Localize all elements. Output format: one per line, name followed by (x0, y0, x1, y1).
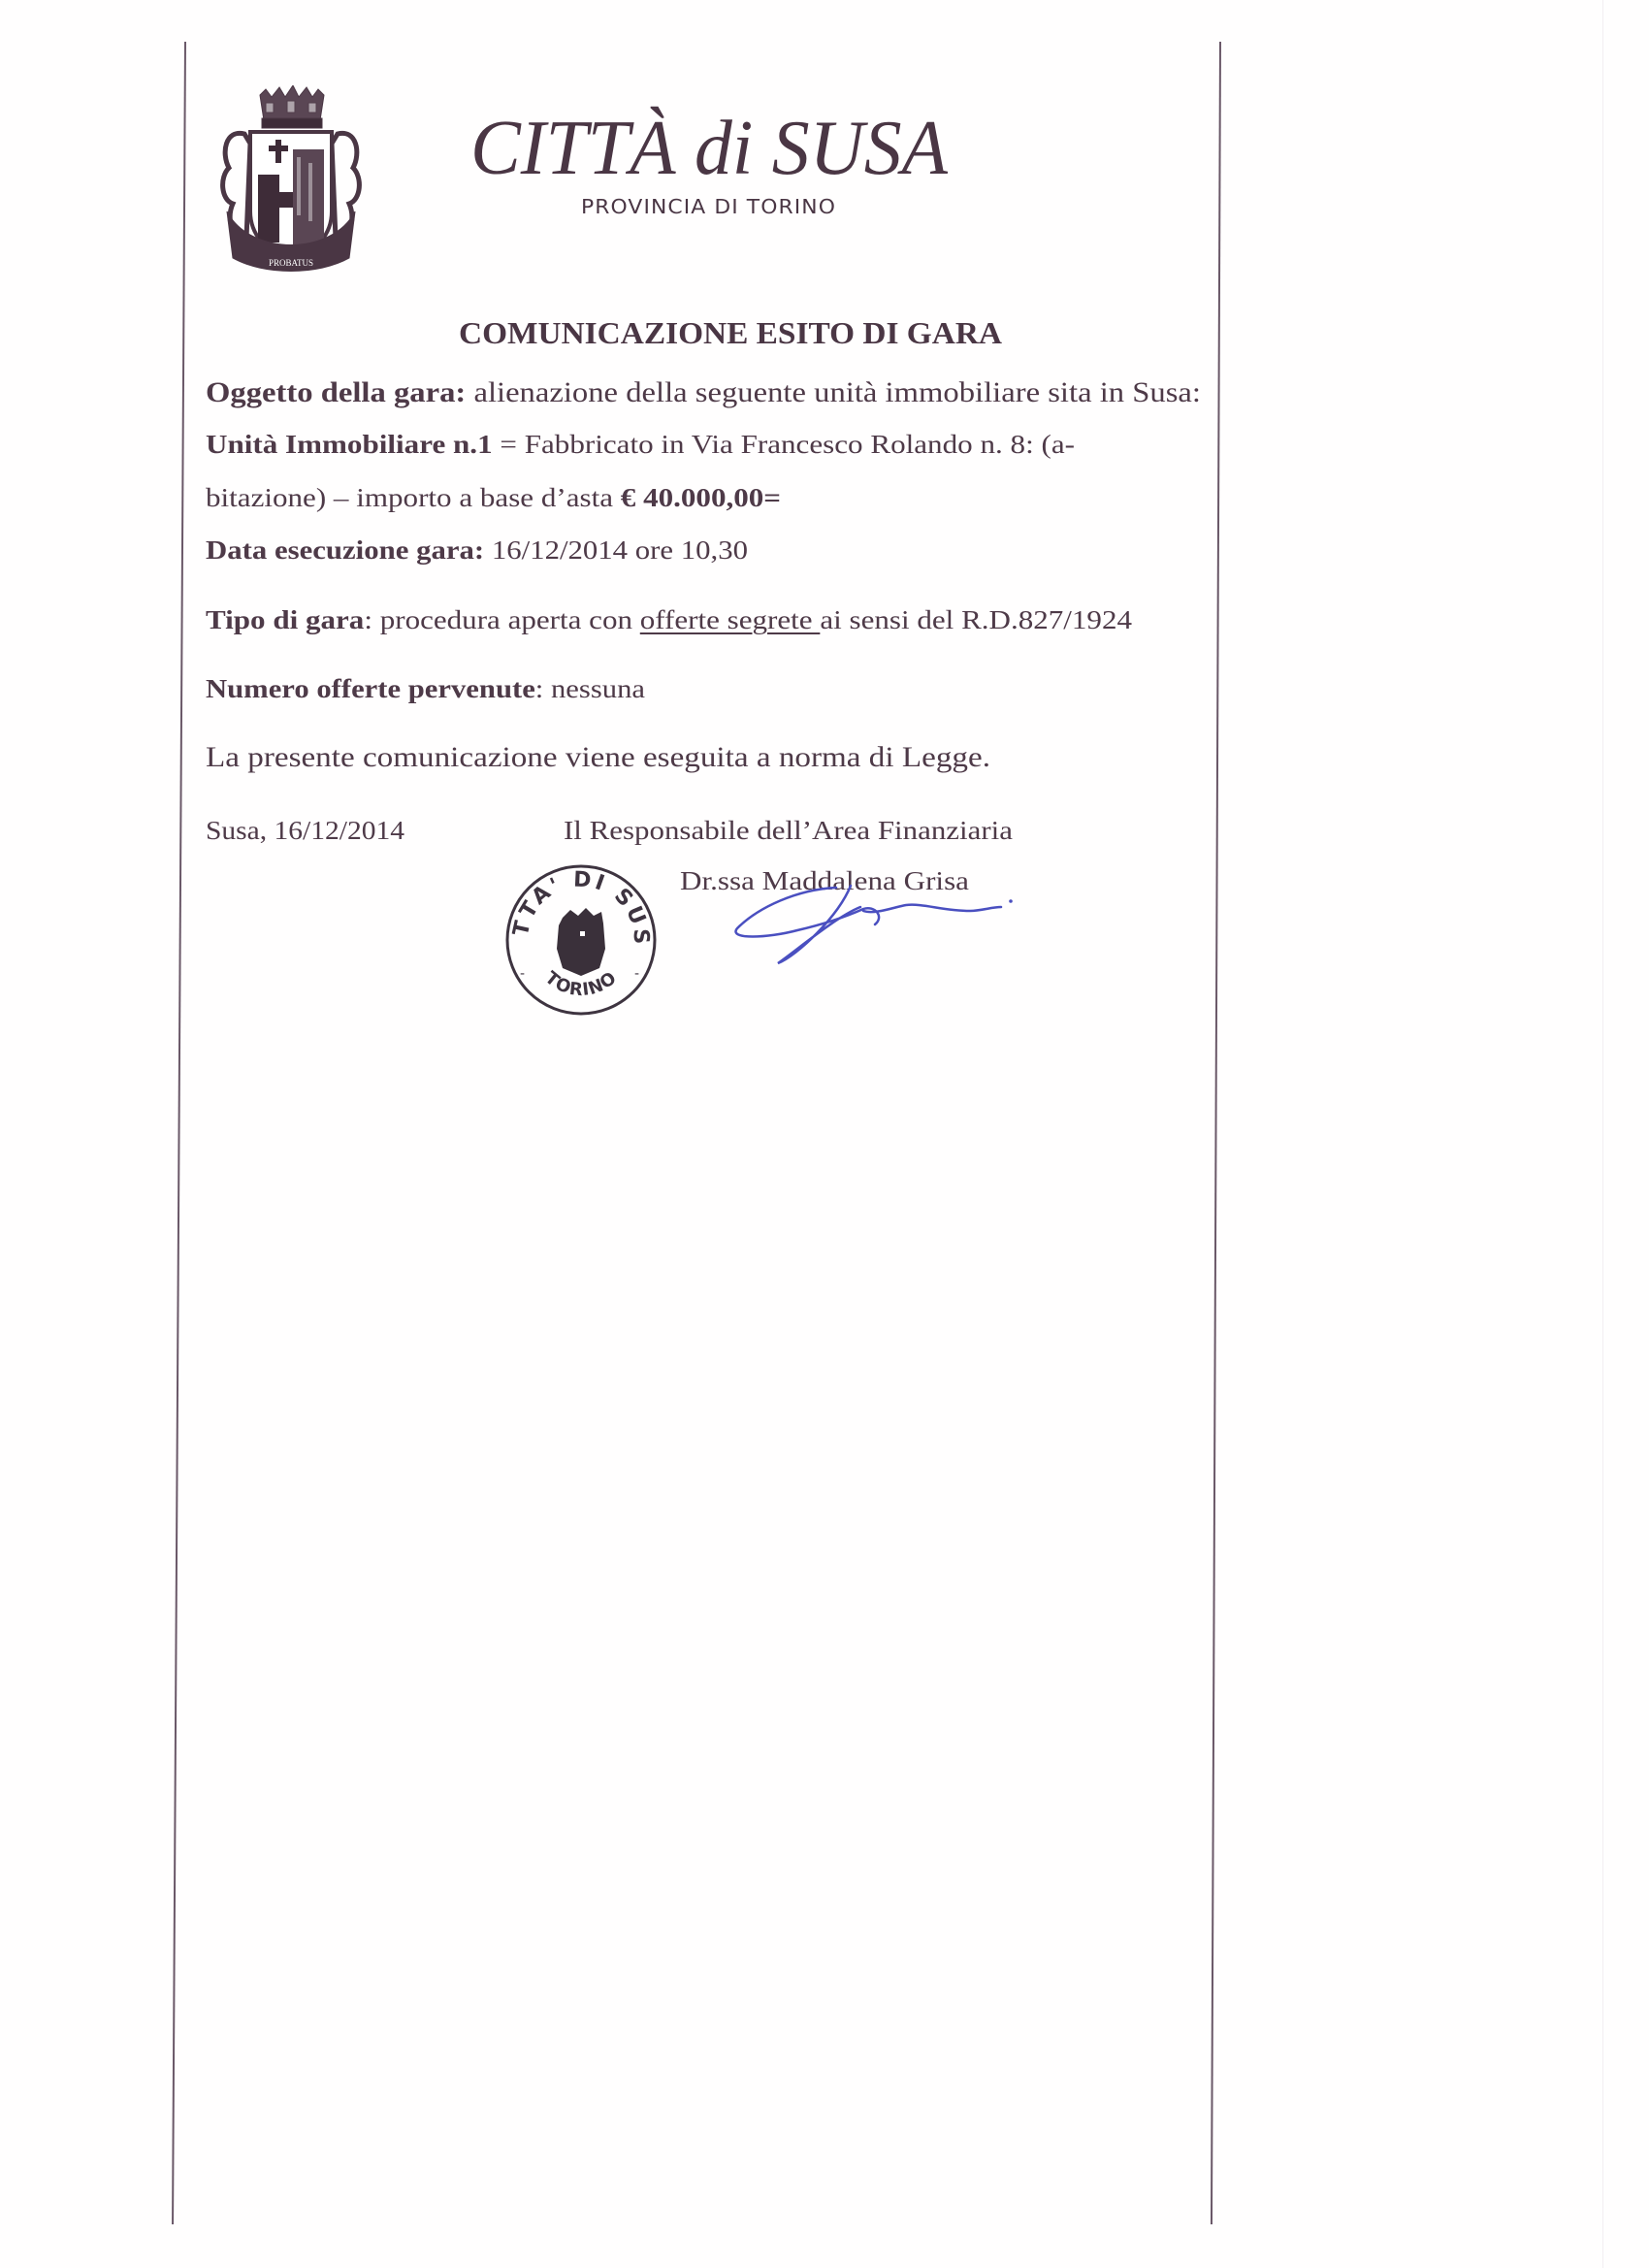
svg-text:PROBATUS: PROBATUS (269, 258, 313, 268)
place-date: Susa, 16/12/2014 (206, 818, 404, 844)
municipal-stamp-icon: CITTA' DI SUSA TORINO - - (502, 861, 660, 1019)
oggetto-label: Oggetto della gara: (206, 376, 466, 408)
handwritten-signature-icon (729, 878, 1020, 975)
unita-value: = Fabbricato in Via Francesco Rolando n.… (493, 430, 1075, 459)
oggetto-value: alienazione della seguente unità immobil… (466, 376, 1201, 408)
province-subtitle: PROVINCIA DI TORINO (581, 197, 836, 216)
base-amount: € 40.000,00= (621, 483, 781, 512)
unita-continuation: bitazione) – importo a base d’asta (206, 483, 621, 512)
closing-statement: La presente comunicazione viene eseguita… (206, 743, 990, 772)
oggetto-line: Oggetto della gara: alienazione della se… (206, 378, 1201, 407)
unita-line: Unità Immobiliare n.1 = Fabbricato in Vi… (206, 432, 1075, 458)
numero-offerte-line: Numero offerte pervenute: nessuna (206, 676, 645, 702)
city-title: CITTÀ di SUSA (470, 110, 948, 187)
data-esecuzione-label: Data esecuzione gara: (206, 535, 484, 565)
svg-text:-: - (634, 966, 639, 982)
right-margin-rule (1211, 42, 1221, 2224)
left-margin-rule (172, 42, 186, 2224)
unita-label: Unità Immobiliare n.1 (206, 430, 493, 459)
data-esecuzione-value: 16/12/2014 ore 10,30 (484, 535, 748, 565)
document-heading: COMUNICAZIONE ESITO DI GARA (459, 317, 1002, 348)
data-esecuzione-line: Data esecuzione gara: 16/12/2014 ore 10,… (206, 537, 748, 564)
document-page: PROBATUS CITTÀ di SUSA PROVINCIA DI TORI… (0, 0, 1649, 2268)
tipo-gara-rest: ai sensi del R.D.827/1924 (820, 605, 1132, 634)
scan-edge (1602, 0, 1603, 2268)
unita-continuation-line: bitazione) – importo a base d’asta € 40.… (206, 485, 781, 511)
coat-of-arms-icon: PROBATUS (215, 85, 367, 275)
tipo-gara-line: Tipo di gara: procedura aperta con offer… (206, 607, 1132, 633)
numero-offerte-value: : nessuna (535, 674, 645, 703)
signer-role: Il Responsabile dell’Area Finanziaria (564, 818, 1013, 844)
tipo-gara-label: Tipo di gara (206, 605, 364, 634)
svg-text:-: - (520, 966, 525, 982)
tipo-gara-underlined: offerte segrete (640, 605, 821, 634)
tipo-gara-sep: : procedura aperta con (364, 605, 639, 634)
numero-offerte-label: Numero offerte pervenute (206, 674, 535, 703)
